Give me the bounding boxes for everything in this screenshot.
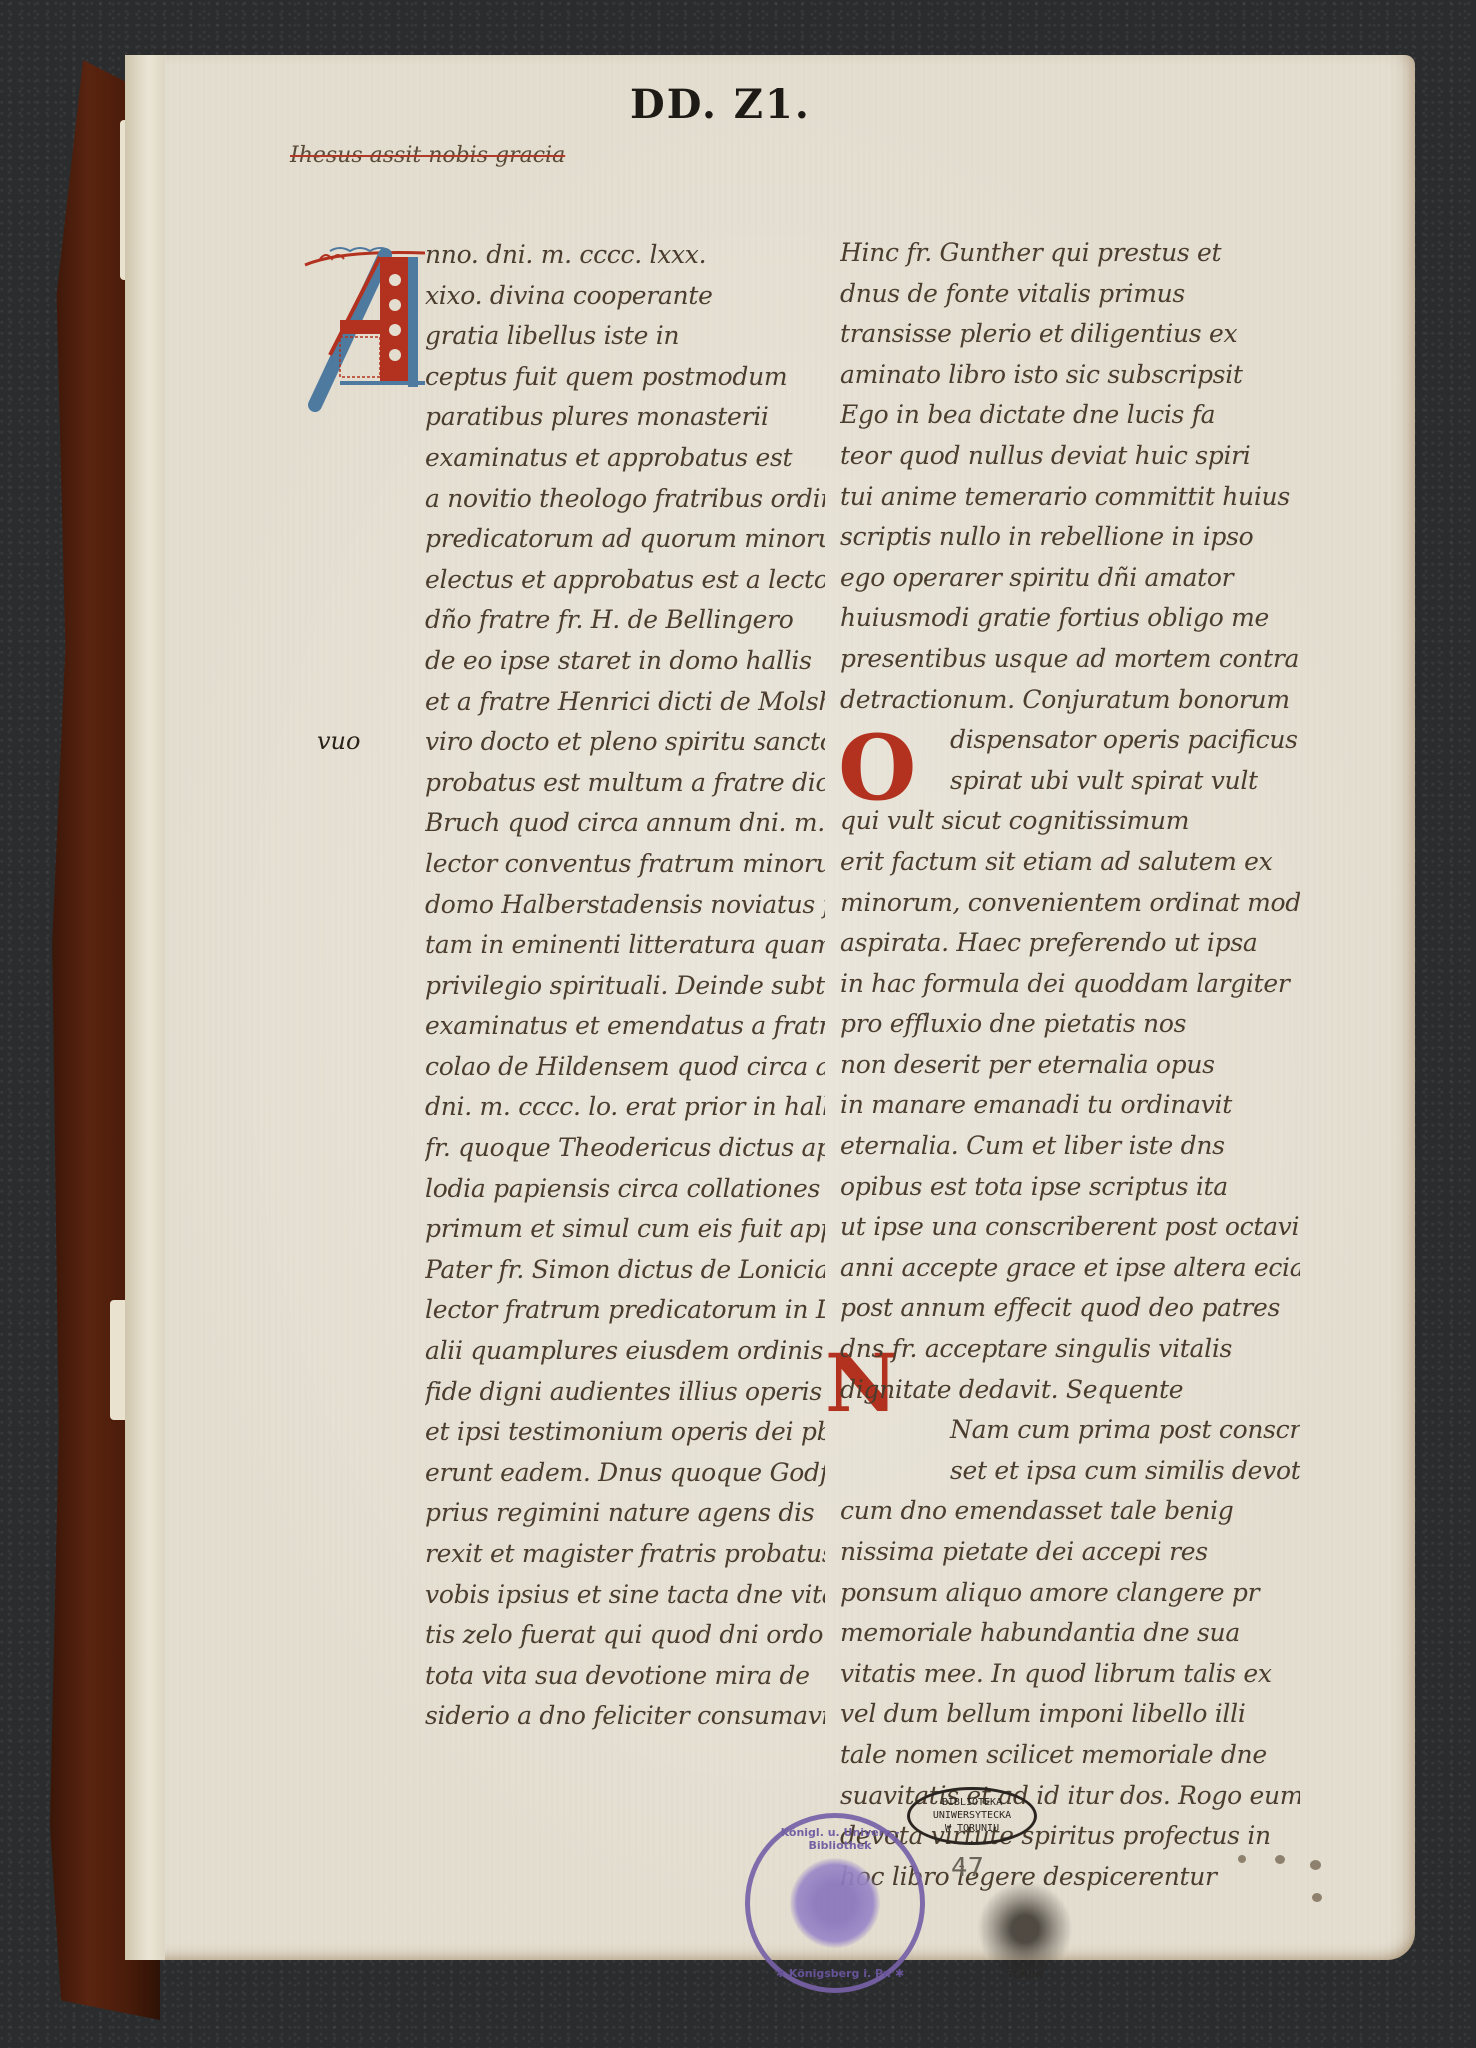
- text-line: privilegio spirituali. Deinde subtiliter: [425, 966, 825, 1007]
- text-line: dispensator operis pacificus q: [840, 720, 1300, 761]
- text-line: lector fratrum predicatorum in Lipzk et: [425, 1290, 825, 1331]
- text-line: nno. dni. m. cccc. lxxx.: [425, 235, 825, 276]
- torun-eagle-stamp: TORUN: [977, 1881, 1073, 1977]
- text-line: tota vita sua devotione mira de: [425, 1656, 825, 1697]
- text-line: a novitio theologo fratribus ordinis: [425, 479, 825, 520]
- text-line: set et ipsa cum similis devotione: [840, 1451, 1300, 1492]
- text-line: rexit et magister fratris probatus ex: [425, 1534, 825, 1575]
- text-line: xixo. divina cooperante: [425, 276, 825, 317]
- stamp-text: W TORUNIU: [910, 1822, 1034, 1835]
- text-line: siderio a dno feliciter consumavit.: [425, 1696, 825, 1737]
- text-line: et ipsi testimonium operis dei pbu: [425, 1412, 825, 1453]
- text-line: spirat ubi vult spirat vult: [840, 761, 1300, 802]
- text-line: pro effluxio dne pietatis nos: [840, 1004, 1300, 1045]
- text-line: eternalia. Cum et liber iste dns: [840, 1126, 1300, 1167]
- wormhole: [1275, 1855, 1285, 1864]
- text-line: tale nomen scilicet memoriale dne: [840, 1735, 1300, 1776]
- text-line: ceptus fuit quem postmodum: [425, 357, 825, 398]
- text-line: fide digni audientes illius operis: [425, 1372, 825, 1413]
- text-line: vobis ipsius et sine tacta dne vita: [425, 1575, 825, 1616]
- text-line: alii quamplures eiusdem ordinis: [425, 1331, 825, 1372]
- stamp-text: ✱ Königsberg i. Pr. ✱: [770, 1967, 910, 1980]
- shelfmark: DD. Z1.: [630, 81, 811, 128]
- text-line: et a fratre Henrici dicti de Molshus: [425, 682, 825, 723]
- text-line: ut ipse una conscriberent post octavi: [840, 1207, 1300, 1248]
- text-line: in hac formula dei quoddam largiter: [840, 964, 1300, 1005]
- text-line: tis zelo fuerat qui quod dni ordo: [425, 1615, 825, 1656]
- text-line: examinatus et approbatus est: [425, 438, 825, 479]
- text-line: de eo ipse staret in domo hallis: [425, 641, 825, 682]
- text-line: gratia libellus iste in: [425, 316, 825, 357]
- manuscript-page: DD. Z1. Ihesus assit nobis gracia vuo nn…: [125, 55, 1415, 1960]
- decorated-initial-a: [300, 245, 420, 395]
- text-line: Bruch quod circa annum dni. m. cccc.: [425, 803, 825, 844]
- text-line: qui vult sicut cognitissimum: [840, 801, 1300, 842]
- text-line: cum dno emendasset tale benig: [840, 1491, 1300, 1532]
- margin-note: vuo: [317, 727, 360, 755]
- text-line: nissima pietate dei accepi res: [840, 1532, 1300, 1573]
- stamp-text: Königl. u. Univers.-Bibliothek: [770, 1826, 910, 1852]
- page-gutter: [125, 55, 165, 1960]
- left-text-column: nno. dni. m. cccc. lxxx. xixo. divina co…: [425, 235, 825, 1737]
- text-line: transisse plerio et diligentius ex: [840, 314, 1300, 355]
- text-line: Pater fr. Simon dictus de Lonicia: [425, 1250, 825, 1291]
- text-line: dignitate dedavit. Sequente: [840, 1370, 1300, 1411]
- text-line: teor quod nullus deviat huic spiri: [840, 436, 1300, 477]
- wormhole: [1238, 1855, 1246, 1863]
- text-line: colao de Hildensem quod circa annum: [425, 1047, 825, 1088]
- wormhole: [1310, 1860, 1321, 1870]
- text-line: ponsum aliquo amore clangere pr: [840, 1573, 1300, 1614]
- text-line: dnus de fonte vitalis primus: [840, 274, 1300, 315]
- folio-number: 47: [951, 1853, 984, 1883]
- text-line: lodia papiensis circa collationes huius: [425, 1169, 825, 1210]
- text-line: in manare emanadi tu ordinavit: [840, 1085, 1300, 1126]
- text-line: anni accepte grace et ipse altera ecia: [840, 1248, 1300, 1289]
- stamp-text: BIBLIOTEKA: [910, 1796, 1034, 1809]
- text-line: Nam cum prima post conscripta fuis: [840, 1410, 1300, 1451]
- text-line: tui anime temerario committit huius: [840, 477, 1300, 518]
- text-line: predicatorum ad quorum minorum et primo: [425, 519, 825, 560]
- invocation-line: Ihesus assit nobis gracia: [290, 143, 565, 168]
- library-oval-stamp: BIBLIOTEKA UNIWERSYTECKA W TORUNIU: [907, 1787, 1037, 1845]
- text-line: primum et simul cum eis fuit approbat: [425, 1209, 825, 1250]
- text-line: domo Halberstadensis noviatus fuit: [425, 885, 825, 926]
- text-line: prius regimini nature agens dis: [425, 1493, 825, 1534]
- text-line: aspirata. Haec preferendo ut ipsa: [840, 923, 1300, 964]
- text-line: vel dum bellum imponi libello illi: [840, 1694, 1300, 1735]
- konigsberg-library-stamp: Königl. u. Univers.-Bibliothek ✱ Königsb…: [745, 1813, 925, 1993]
- text-line: minorum, convenientem ordinat modo: [840, 883, 1300, 924]
- text-line: post annum effecit quod deo patres: [840, 1288, 1300, 1329]
- wormhole: [1312, 1893, 1322, 1902]
- text-line: erit factum sit etiam ad salutem ex: [840, 842, 1300, 883]
- text-line: presentibus usque ad mortem contra ipsa: [840, 639, 1300, 680]
- text-line: paratibus plures monasterii: [425, 397, 825, 438]
- right-text-column: Hinc fr. Gunther qui prestus et dnus de …: [840, 233, 1300, 1897]
- eagle-emblem-icon: [790, 1858, 880, 1948]
- text-line: Ego in bea dictate dne lucis fa: [840, 395, 1300, 436]
- text-line: dni. m. cccc. lo. erat prior in hallis: [425, 1087, 825, 1128]
- text-line: detractionum. Conjuratum bonorum: [840, 680, 1300, 721]
- text-line: lector conventus fratrum minorum in: [425, 844, 825, 885]
- text-line: examinatus et emendatus a fratre Ni: [425, 1006, 825, 1047]
- text-line: Hinc fr. Gunther qui prestus et: [840, 233, 1300, 274]
- text-line: ego operarer spiritu dñi amator: [840, 558, 1300, 599]
- text-line: aminato libro isto sic subscripsit: [840, 355, 1300, 396]
- text-line: huiusmodi gratie fortius obligo me: [840, 598, 1300, 639]
- stamp-text: UNIWERSYTECKA: [910, 1809, 1034, 1822]
- text-line: erunt eadem. Dnus quoque Godfrid: [425, 1453, 825, 1494]
- text-line: non deserit per eternalia opus: [840, 1045, 1300, 1086]
- text-line: opibus est tota ipse scriptus ita: [840, 1167, 1300, 1208]
- text-line: dns fr. acceptare singulis vitalis: [840, 1329, 1300, 1370]
- text-line: electus et approbatus est a lectore: [425, 560, 825, 601]
- text-line: vitatis mee. In quod librum talis ex: [840, 1654, 1300, 1695]
- text-line: tam in eminenti litteratura quam in spe: [425, 925, 825, 966]
- text-line: dño fratre fr. H. de Bellingero: [425, 600, 825, 641]
- stamp-text: TORUN: [977, 1970, 1073, 1981]
- text-line: scriptis nullo in rebellione in ipso: [840, 517, 1300, 558]
- text-line: probatus est multum a fratre dicto de: [425, 763, 825, 804]
- text-line: memoriale habundantia dne sua: [840, 1613, 1300, 1654]
- text-line: viro docto et pleno spiritu sancto Hinri…: [425, 722, 825, 763]
- text-line: fr. quoque Theodericus dictus apol: [425, 1128, 825, 1169]
